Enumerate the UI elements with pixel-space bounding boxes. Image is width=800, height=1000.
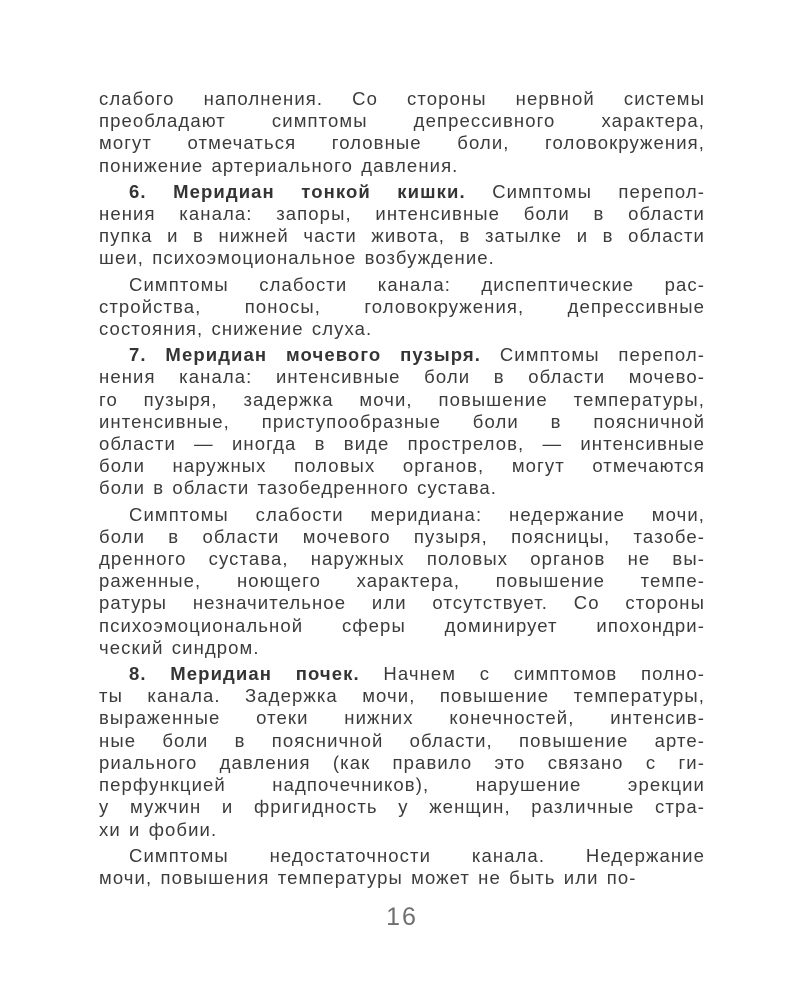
book-page: слабого наполнения. Со стороны нервной с… xyxy=(0,0,800,1000)
paragraph: Симптомы недостаточности канала. Недержа… xyxy=(99,845,705,889)
text-line: перфункцией надпочечников), нарушение эр… xyxy=(99,774,705,796)
paragraph: 6. Меридиан тонкой кишки. Симптомы переп… xyxy=(99,181,705,270)
text-line: ты канала. Задержка мочи, повышение темп… xyxy=(99,685,705,707)
text-line: нения канала: интенсивные боли в области… xyxy=(99,366,705,388)
text-line: пупка и в нижней части живота, в затылке… xyxy=(99,225,705,247)
text-line: ческий синдром. xyxy=(99,637,705,659)
text-line: выраженные отеки нижних конечностей, инт… xyxy=(99,707,705,729)
page-number: 16 xyxy=(99,903,705,932)
text-line: могут отмечаться головные боли, головокр… xyxy=(99,132,705,154)
text-line: риального давления (как правило это связ… xyxy=(99,752,705,774)
text-line: мочи, повышения температуры может не быт… xyxy=(99,867,705,889)
page-body: слабого наполнения. Со стороны нервной с… xyxy=(99,88,705,893)
text-line: ные боли в поясничной области, повышение… xyxy=(99,730,705,752)
text-line: боли в области мочевого пузыря, поясницы… xyxy=(99,526,705,548)
text-line: раженные, ноющего характера, повышение т… xyxy=(99,570,705,592)
text-line: го пузыря, задержка мочи, повышение темп… xyxy=(99,389,705,411)
text-line: психоэмоциональной сферы доминирует ипох… xyxy=(99,615,705,637)
paragraph: Симптомы слабости канала: диспептические… xyxy=(99,274,705,341)
text-line: у мужчин и фригидность у женщин, различн… xyxy=(99,796,705,818)
meridian-heading: 6. Меридиан тонкой кишки. xyxy=(129,181,466,202)
paragraph: 8. Меридиан почек. Начнем с симптомов по… xyxy=(99,663,705,841)
text-line: нения канала: запоры, интенсивные боли в… xyxy=(99,203,705,225)
text-line: понижение артериального давления. xyxy=(99,155,705,177)
text-line: состояния, снижение слуха. xyxy=(99,318,705,340)
text-line: боли в области тазобедренного сустава. xyxy=(99,477,705,499)
text-line: преобладают симптомы депрессивного харак… xyxy=(99,110,705,132)
text-line: области — иногда в виде прострелов, — ин… xyxy=(99,433,705,455)
text-line: 8. Меридиан почек. Начнем с симптомов по… xyxy=(99,663,705,685)
text-line: слабого наполнения. Со стороны нервной с… xyxy=(99,88,705,110)
text-line: интенсивные, приступообразные боли в поя… xyxy=(99,411,705,433)
text-line: стройства, поносы, головокружения, депре… xyxy=(99,296,705,318)
text-line: 6. Меридиан тонкой кишки. Симптомы переп… xyxy=(99,181,705,203)
text-line: Симптомы слабости канала: диспептические… xyxy=(99,274,705,296)
paragraph: Симптомы слабости меридиана: недержание … xyxy=(99,504,705,659)
text-line: хи и фобии. xyxy=(99,819,705,841)
text-line: боли наружных половых органов, могут отм… xyxy=(99,455,705,477)
paragraph: слабого наполнения. Со стороны нервной с… xyxy=(99,88,705,177)
text-line: 7. Меридиан мочевого пузыря. Симптомы пе… xyxy=(99,344,705,366)
text-line: Симптомы слабости меридиана: недержание … xyxy=(99,504,705,526)
text-line: ратуры незначительное или отсутствует. С… xyxy=(99,592,705,614)
meridian-heading: 8. Меридиан почек. xyxy=(129,663,360,684)
meridian-heading: 7. Меридиан мочевого пузыря. xyxy=(129,344,481,365)
paragraph: 7. Меридиан мочевого пузыря. Симптомы пе… xyxy=(99,344,705,499)
text-line: дренного сустава, наружных половых орган… xyxy=(99,548,705,570)
text-line: Симптомы недостаточности канала. Недержа… xyxy=(99,845,705,867)
text-line: шеи, психоэмоциональное возбуждение. xyxy=(99,247,705,269)
